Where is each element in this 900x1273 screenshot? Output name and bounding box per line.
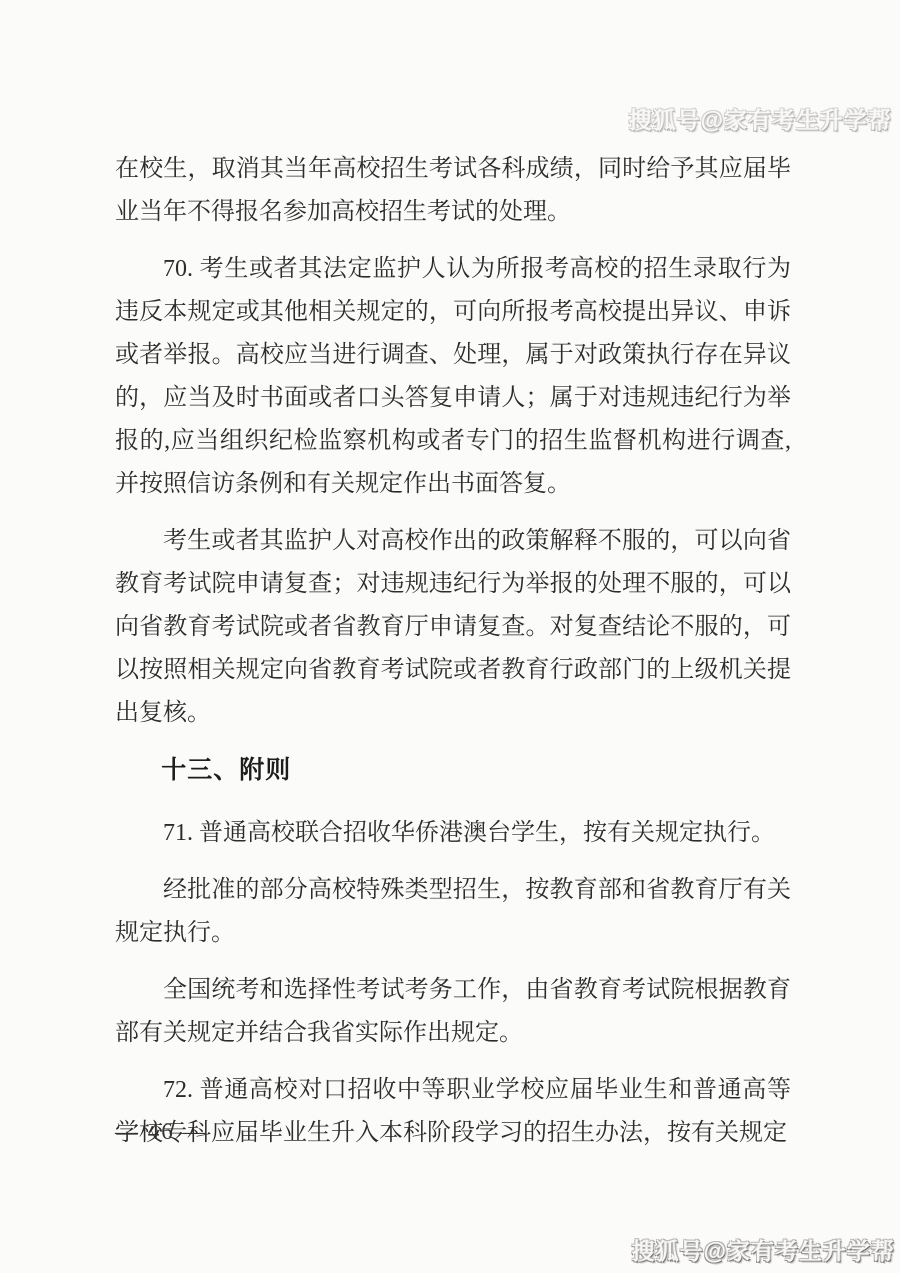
page-number: — 46 — xyxy=(115,1112,208,1152)
paragraph-item-72: 72. 普通高校对口招收中等职业学校应届毕业生和普通高等学校专科应届毕业生升入本… xyxy=(115,1069,791,1155)
paragraph-item-70: 70. 考生或者其法定监护人认为所报考高校的招生录取行为违反本规定或其他相关规定… xyxy=(115,248,791,506)
paragraph-exam-affairs: 全国统考和选择性考试考务工作，由省教育考试院根据教育部有关规定并结合我省实际作出… xyxy=(115,969,791,1055)
watermark-top: 搜狐号@家有考生升学帮 xyxy=(629,102,892,135)
paragraph-special-enrollment: 经批准的部分高校特殊类型招生，按教育部和省教育厅有关规定执行。 xyxy=(115,869,791,955)
document-content: 在校生，取消其当年高校招生考试各科成绩，同时给予其应届毕业当年不得报名参加高校招… xyxy=(115,148,791,1169)
section-heading-supplementary-provisions: 十三、附则 xyxy=(115,749,791,792)
watermark-bottom: 搜狐号@家有考生升学帮 xyxy=(632,1233,895,1266)
paragraph-review: 考生或者其监护人对高校作出的政策解释不服的，可以向省教育考试院申请复查；对违规违… xyxy=(115,520,791,735)
paragraph-continuation: 在校生，取消其当年高校招生考试各科成绩，同时给予其应届毕业当年不得报名参加高校招… xyxy=(115,148,791,234)
document-page: 搜狐号@家有考生升学帮 在校生，取消其当年高校招生考试各科成绩，同时给予其应届毕… xyxy=(0,0,900,1273)
paragraph-item-71: 71. 普通高校联合招收华侨港澳台学生，按有关规定执行。 xyxy=(115,812,791,855)
